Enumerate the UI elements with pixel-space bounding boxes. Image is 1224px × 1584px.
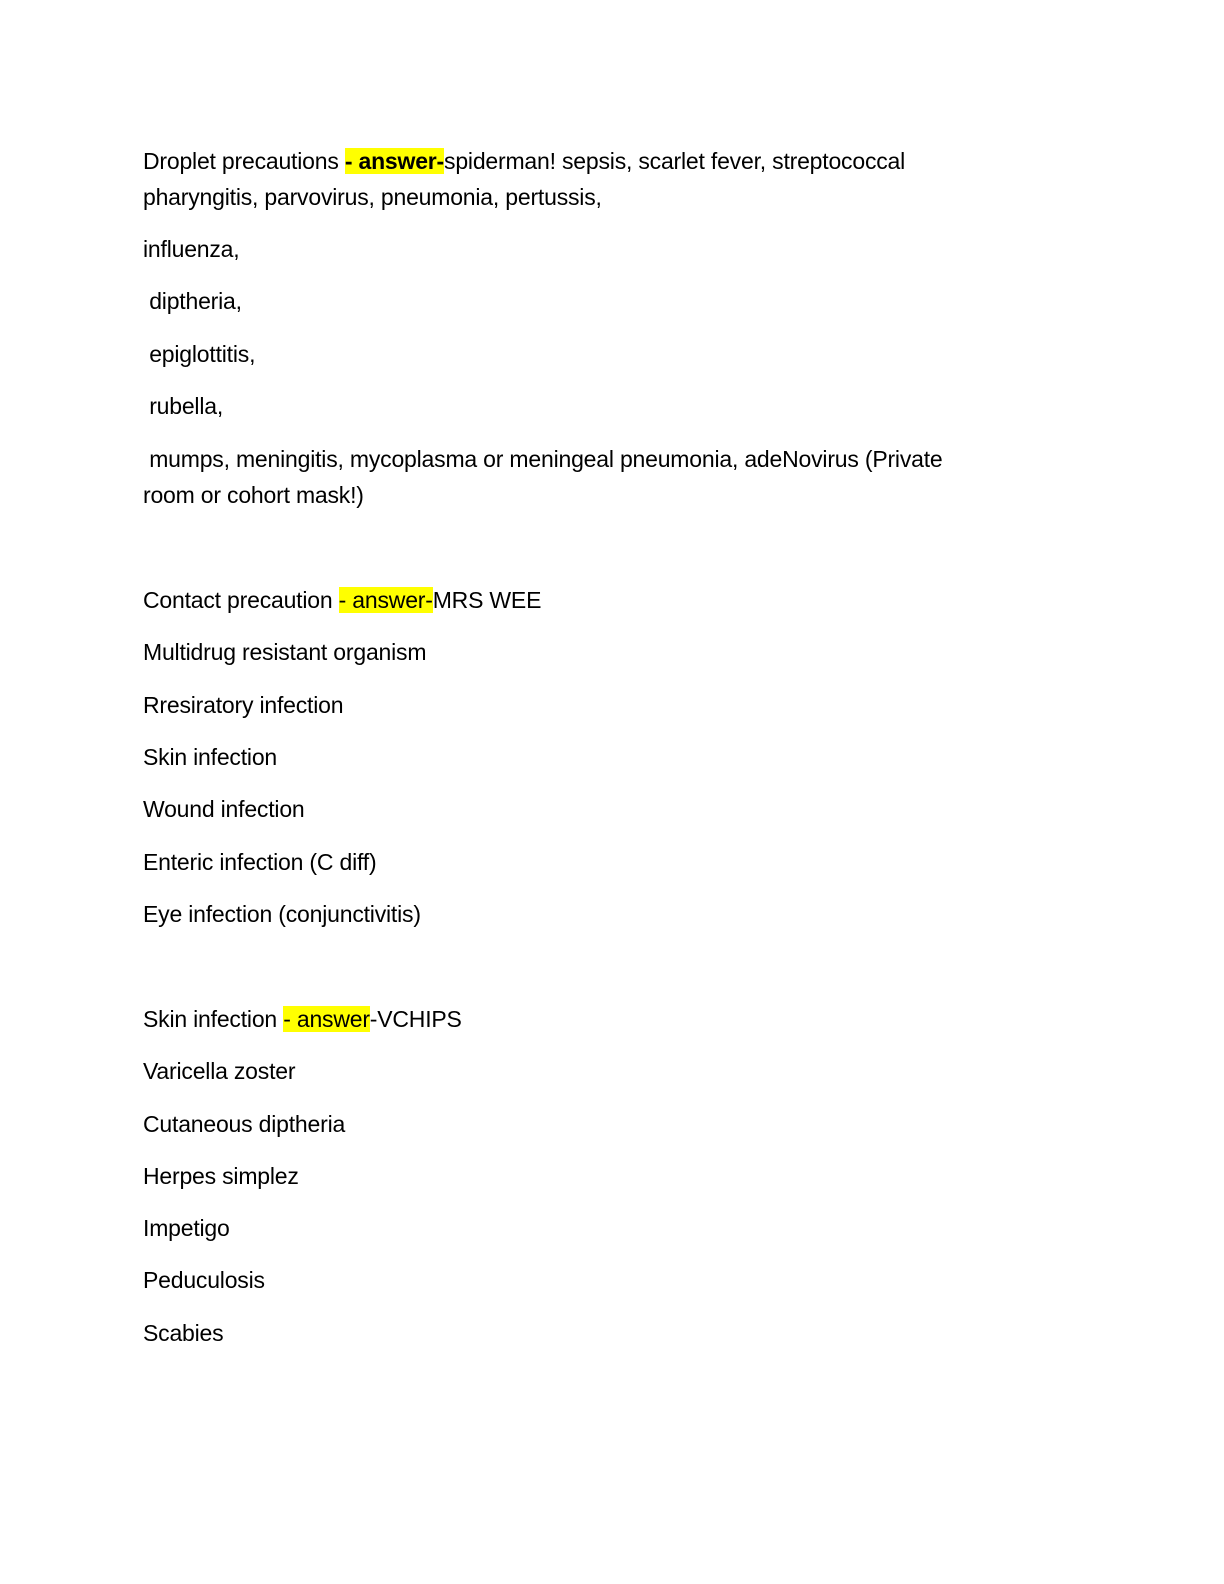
contact-answer-marker: - answer- xyxy=(339,587,433,613)
droplet-answer-marker: - answer- xyxy=(345,148,444,174)
skin-answer-marker: - answer xyxy=(283,1006,370,1032)
skin-line: Varicella zoster xyxy=(143,1053,295,1089)
droplet-line: mumps, meningitis, mycoplasma or meninge… xyxy=(143,441,943,477)
droplet-line: epiglottitis, xyxy=(143,336,255,372)
droplet-line: room or cohort mask!) xyxy=(143,477,364,513)
skin-line: Peduculosis xyxy=(143,1262,265,1298)
droplet-line: pharyngitis, parvovirus, pneumonia, pert… xyxy=(143,179,602,215)
droplet-line: diptheria, xyxy=(143,283,242,319)
droplet-term: Droplet precautions xyxy=(143,148,345,174)
droplet-heading-line: Droplet precautions - answer-spiderman! … xyxy=(143,143,905,179)
contact-line: Skin infection xyxy=(143,739,277,775)
contact-line: Enteric infection (C diff) xyxy=(143,844,376,880)
skin-heading-line: Skin infection - answer-VCHIPS xyxy=(143,1001,462,1037)
contact-heading-line: Contact precaution - answer-MRS WEE xyxy=(143,582,541,618)
skin-line: Scabies xyxy=(143,1315,223,1351)
contact-term: Contact precaution xyxy=(143,587,339,613)
contact-answer-text: MRS WEE xyxy=(433,587,542,613)
skin-line: Cutaneous diptheria xyxy=(143,1106,345,1142)
contact-line: Eye infection (conjunctivitis) xyxy=(143,896,421,932)
skin-line: Impetigo xyxy=(143,1210,230,1246)
droplet-line: rubella, xyxy=(143,388,223,424)
contact-line: Wound infection xyxy=(143,791,305,827)
document-page: Droplet precautions - answer-spiderman! … xyxy=(0,0,1224,1584)
skin-answer-text: -VCHIPS xyxy=(370,1006,462,1032)
contact-line: Rresiratory infection xyxy=(143,687,343,723)
droplet-answer-text: spiderman! sepsis, scarlet fever, strept… xyxy=(444,148,905,174)
contact-line: Multidrug resistant organism xyxy=(143,634,426,670)
droplet-line: influenza, xyxy=(143,231,239,267)
skin-term: Skin infection xyxy=(143,1006,283,1032)
skin-line: Herpes simplez xyxy=(143,1158,299,1194)
